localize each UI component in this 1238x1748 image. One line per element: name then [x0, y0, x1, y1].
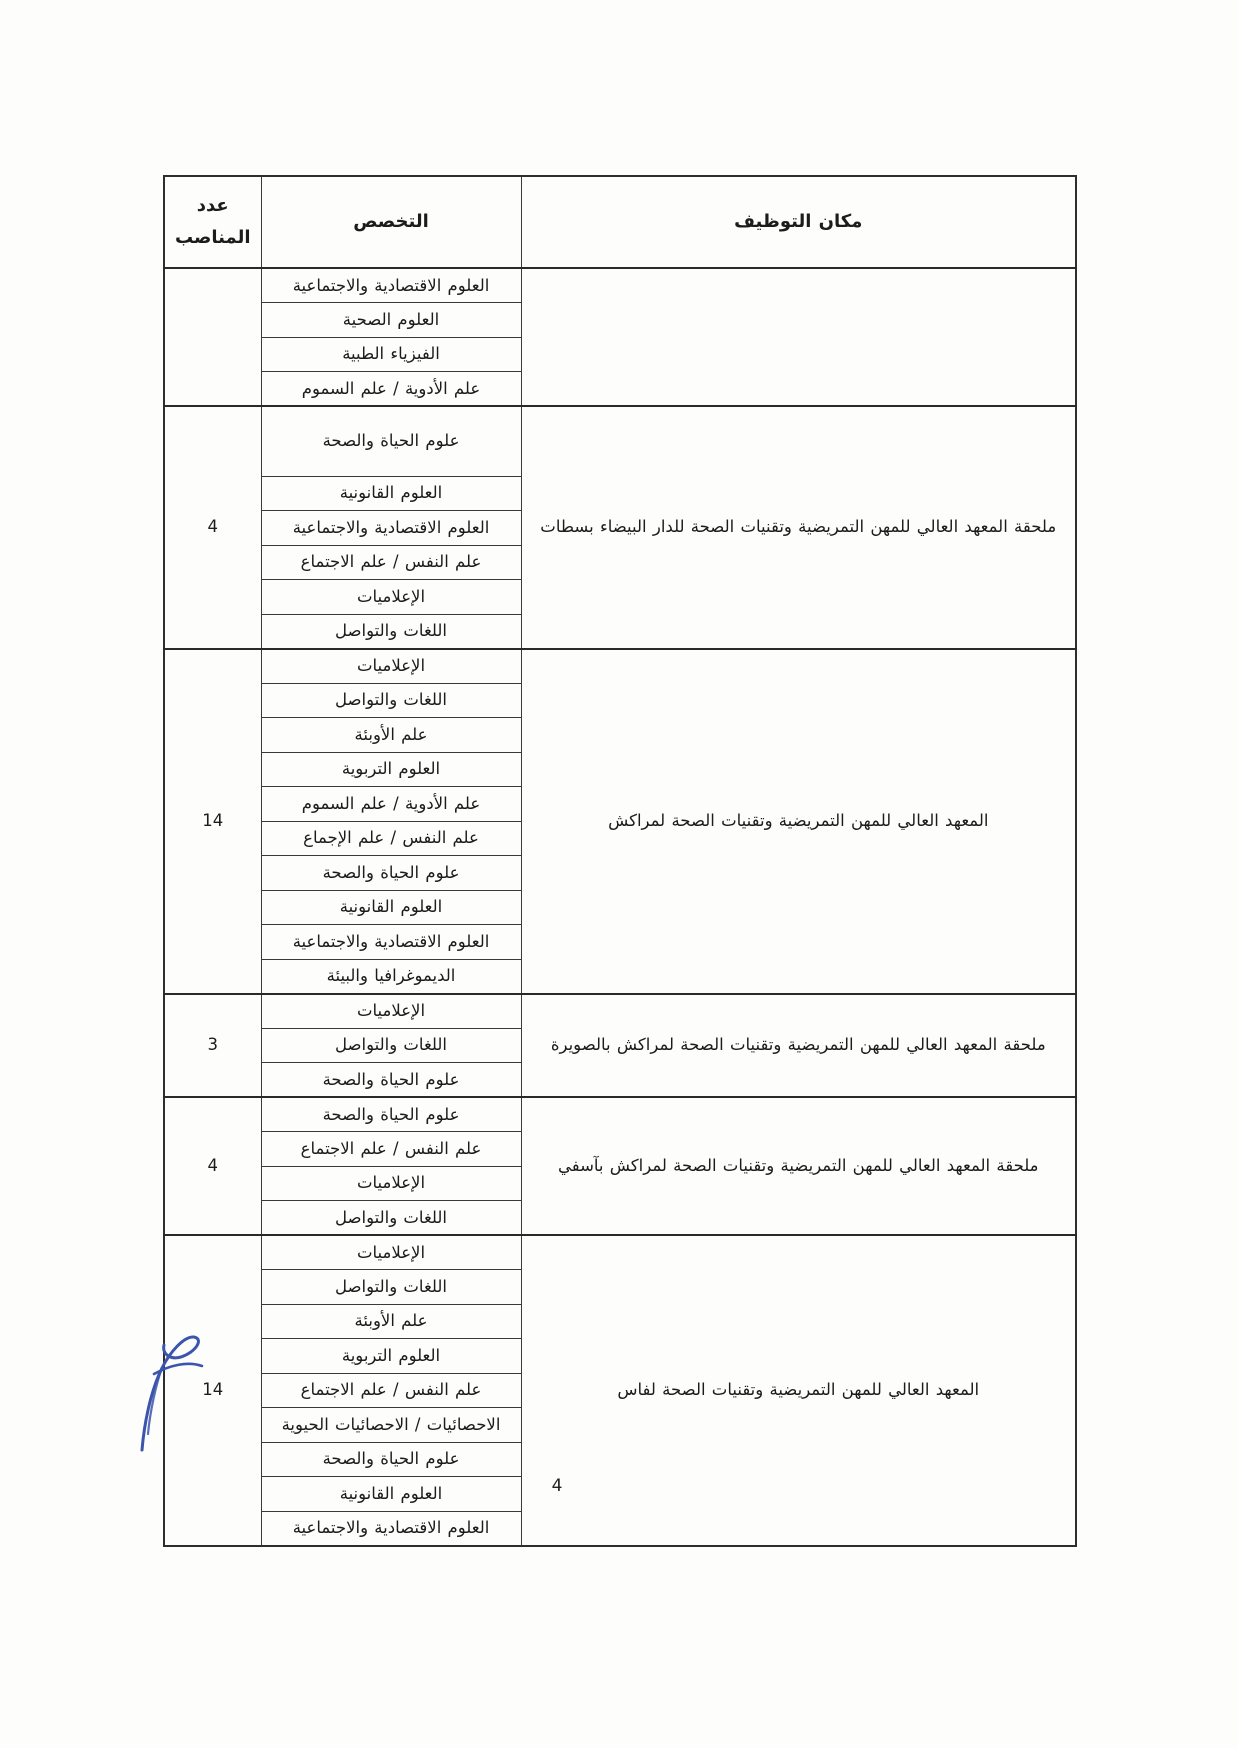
header-positions-count: عدد المناصب [164, 176, 261, 268]
specialization-cell: علوم الحياة والصحة [261, 1442, 521, 1477]
table-row: ملحقة المعهد العالي للمهن التمريضية وتقن… [164, 406, 1076, 476]
scanned-document-page: مكان التوظيف التخصص عدد المناصب العلوم ا… [0, 0, 1238, 1748]
specialization-cell: علوم الحياة والصحة [261, 406, 521, 476]
location-cell: المعهد العالي للمهن التمريضية وتقنيات ال… [521, 1235, 1076, 1546]
header-specialization: التخصص [261, 176, 521, 268]
positions-count-cell [164, 268, 261, 406]
specialization-cell: العلوم القانونية [261, 1477, 521, 1512]
table-header-row: مكان التوظيف التخصص عدد المناصب [164, 176, 1076, 268]
specialization-cell: علم النفس / علم الاجتماع [261, 545, 521, 580]
specialization-cell: علم النفس / علم الاجتماع [261, 1373, 521, 1408]
specialization-cell: اللغات والتواصل [261, 683, 521, 718]
location-cell: المعهد العالي للمهن التمريضية وتقنيات ال… [521, 649, 1076, 994]
location-cell: ملحقة المعهد العالي للمهن التمريضية وتقن… [521, 1097, 1076, 1235]
location-cell [521, 268, 1076, 406]
specialization-cell: علم النفس / علم الإجماع [261, 821, 521, 856]
specialization-cell: الإعلاميات [261, 1235, 521, 1270]
specialization-cell: العلوم القانونية [261, 890, 521, 925]
table-row: ملحقة المعهد العالي للمهن التمريضية وتقن… [164, 994, 1076, 1029]
specialization-cell: الاحصائيات / الاحصائيات الحيوية [261, 1408, 521, 1443]
specialization-cell: العلوم الاقتصادية والاجتماعية [261, 925, 521, 960]
positions-count-cell: 4 [164, 1097, 261, 1235]
table-row: المعهد العالي للمهن التمريضية وتقنيات ال… [164, 1235, 1076, 1270]
page-number: 4 [512, 1476, 602, 1496]
recruitment-table: مكان التوظيف التخصص عدد المناصب العلوم ا… [163, 175, 1077, 1547]
specialization-cell: العلوم التربوية [261, 1339, 521, 1374]
specialization-cell: الإعلاميات [261, 1166, 521, 1201]
specialization-cell: العلوم التربوية [261, 752, 521, 787]
header-location: مكان التوظيف [521, 176, 1076, 268]
specialization-cell: الإعلاميات [261, 994, 521, 1029]
specialization-cell: اللغات والتواصل [261, 1270, 521, 1305]
positions-count-cell: 3 [164, 994, 261, 1098]
specialization-cell: العلوم الصحية [261, 303, 521, 338]
positions-count-cell: 14 [164, 649, 261, 994]
specialization-cell: علم الأدوية / علم السموم [261, 372, 521, 407]
specialization-cell: اللغات والتواصل [261, 1028, 521, 1063]
positions-count-cell: 4 [164, 406, 261, 649]
location-cell: ملحقة المعهد العالي للمهن التمريضية وتقن… [521, 994, 1076, 1098]
specialization-cell: العلوم الاقتصادية والاجتماعية [261, 1511, 521, 1546]
specialization-cell: علوم الحياة والصحة [261, 1097, 521, 1132]
specialization-cell: الإعلاميات [261, 649, 521, 684]
table-row: ملحقة المعهد العالي للمهن التمريضية وتقن… [164, 1097, 1076, 1132]
specialization-cell: العلوم الاقتصادية والاجتماعية [261, 511, 521, 546]
specialization-cell: العلوم القانونية [261, 476, 521, 511]
specialization-cell: العلوم الاقتصادية والاجتماعية [261, 268, 521, 303]
positions-count-cell: 14 [164, 1235, 261, 1546]
location-cell: ملحقة المعهد العالي للمهن التمريضية وتقن… [521, 406, 1076, 649]
specialization-cell: اللغات والتواصل [261, 614, 521, 649]
specialization-cell: علم الأدوية / علم السموم [261, 787, 521, 822]
specialization-cell: علم الأوبئة [261, 718, 521, 753]
specialization-cell: علم النفس / علم الاجتماع [261, 1132, 521, 1167]
specialization-cell: علوم الحياة والصحة [261, 1063, 521, 1098]
specialization-cell: اللغات والتواصل [261, 1201, 521, 1236]
table-row: العلوم الاقتصادية والاجتماعية [164, 268, 1076, 303]
specialization-cell: علوم الحياة والصحة [261, 856, 521, 891]
specialization-cell: الإعلاميات [261, 580, 521, 615]
specialization-cell: علم الأوبئة [261, 1304, 521, 1339]
specialization-cell: الديموغرافيا والبيئة [261, 959, 521, 994]
table-row: المعهد العالي للمهن التمريضية وتقنيات ال… [164, 649, 1076, 684]
specialization-cell: الفيزياء الطبية [261, 337, 521, 372]
